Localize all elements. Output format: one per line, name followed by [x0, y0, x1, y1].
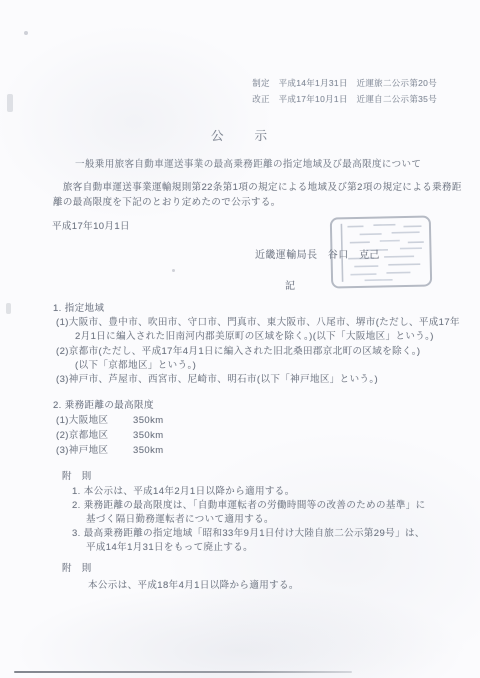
- header-revised-line: 改正 平成17年10月1日 近運自二公示第35号: [252, 93, 437, 105]
- appendix1-item1: 1. 本公示は、平成14年2月1日以降から適用する。: [72, 486, 295, 498]
- issue-date: 平成17年10月1日: [52, 221, 130, 233]
- appendix1-item2-line2: 基づく隔日勤務運転者について適用する。: [86, 514, 274, 526]
- section1-item1-line2: 2月1日に編入された旧南河内郡美原町の区域を除く。)(以下「大阪地区」という。): [75, 331, 434, 343]
- section1-item1-line1: (1)大阪市、豊中市、吹田市、守口市、門真市、東大阪市、八尾市、堺市(ただし、平…: [56, 317, 460, 329]
- appendix1-item3-line1: 3. 最高乗務距離の指定地域「昭和33年9月1日付け大陸自旅二公示第29号」は、: [72, 528, 425, 540]
- scan-artifact: [24, 31, 28, 35]
- notice-subject: 一般乗用旅客自動車運送事業の最高乗務距離の指定地域及び最高限度について: [75, 159, 421, 171]
- preamble-line-2: 離の最高限度を下記のとおり定めたので公示する。: [53, 197, 281, 209]
- section1-item3: (3)神戸市、芦屋市、西宮市、尼崎市、明石市(以下「神戸地区」という。): [56, 374, 378, 386]
- area-label: (1)大阪地区: [56, 415, 118, 427]
- section1-item2-line2: (以下「京都地区」という。): [75, 360, 196, 372]
- appendix1-item3-line2: 平成14年1月31日をもって廃止する。: [86, 542, 253, 554]
- distance-value: 350km: [133, 430, 164, 442]
- scan-artifact: [172, 269, 175, 272]
- area-label: (2)京都地区: [56, 430, 118, 442]
- section1-heading: 1. 指定地域: [53, 303, 104, 315]
- scanned-public-notice-document: 制定 平成14年1月31日 近運旅二公示第20号 改正 平成17年10月1日 近…: [0, 0, 480, 678]
- page-bottom-edge-shadow: [14, 671, 352, 673]
- signer-name: 近畿運輸局長 谷口 克己: [255, 250, 380, 262]
- notice-title: 公 示: [0, 130, 480, 142]
- appendix2-body: 本公示は、平成18年4月1日以降から適用する。: [88, 580, 299, 592]
- scan-artifact: [6, 303, 11, 314]
- preamble-line-1: 旅客自動車運送事業運輸規則第22条第1項の規定による地域及び第2項の規定による乗…: [53, 182, 462, 194]
- section2-heading: 2. 乗務距離の最高限度: [53, 400, 154, 412]
- section2-item-kyoto: (2)京都地区 350km: [56, 430, 164, 442]
- header-established-line: 制定 平成14年1月31日 近運旅二公示第20号: [252, 77, 437, 89]
- appendix1-item2-line1: 2. 乗務距離の最高限度は、「自動車運転者の労働時間等の改善のための基準」に: [72, 500, 426, 512]
- scan-artifact: [7, 94, 13, 112]
- distance-value: 350km: [133, 415, 164, 427]
- section1-item2-line1: (2)京都市(ただし、平成17年4月1日に編入された旧北桑田郡京北町の区域を除く…: [56, 346, 420, 358]
- appendix1-heading: 附 則: [62, 471, 92, 483]
- section2-item-osaka: (1)大阪地区 350km: [56, 415, 164, 427]
- area-label: (3)神戸地区: [56, 445, 118, 457]
- section2-item-kobe: (3)神戸地区 350km: [56, 445, 164, 457]
- distance-value: 350km: [133, 445, 164, 457]
- record-marker: 記: [285, 281, 295, 293]
- appendix2-heading: 附 則: [62, 563, 92, 575]
